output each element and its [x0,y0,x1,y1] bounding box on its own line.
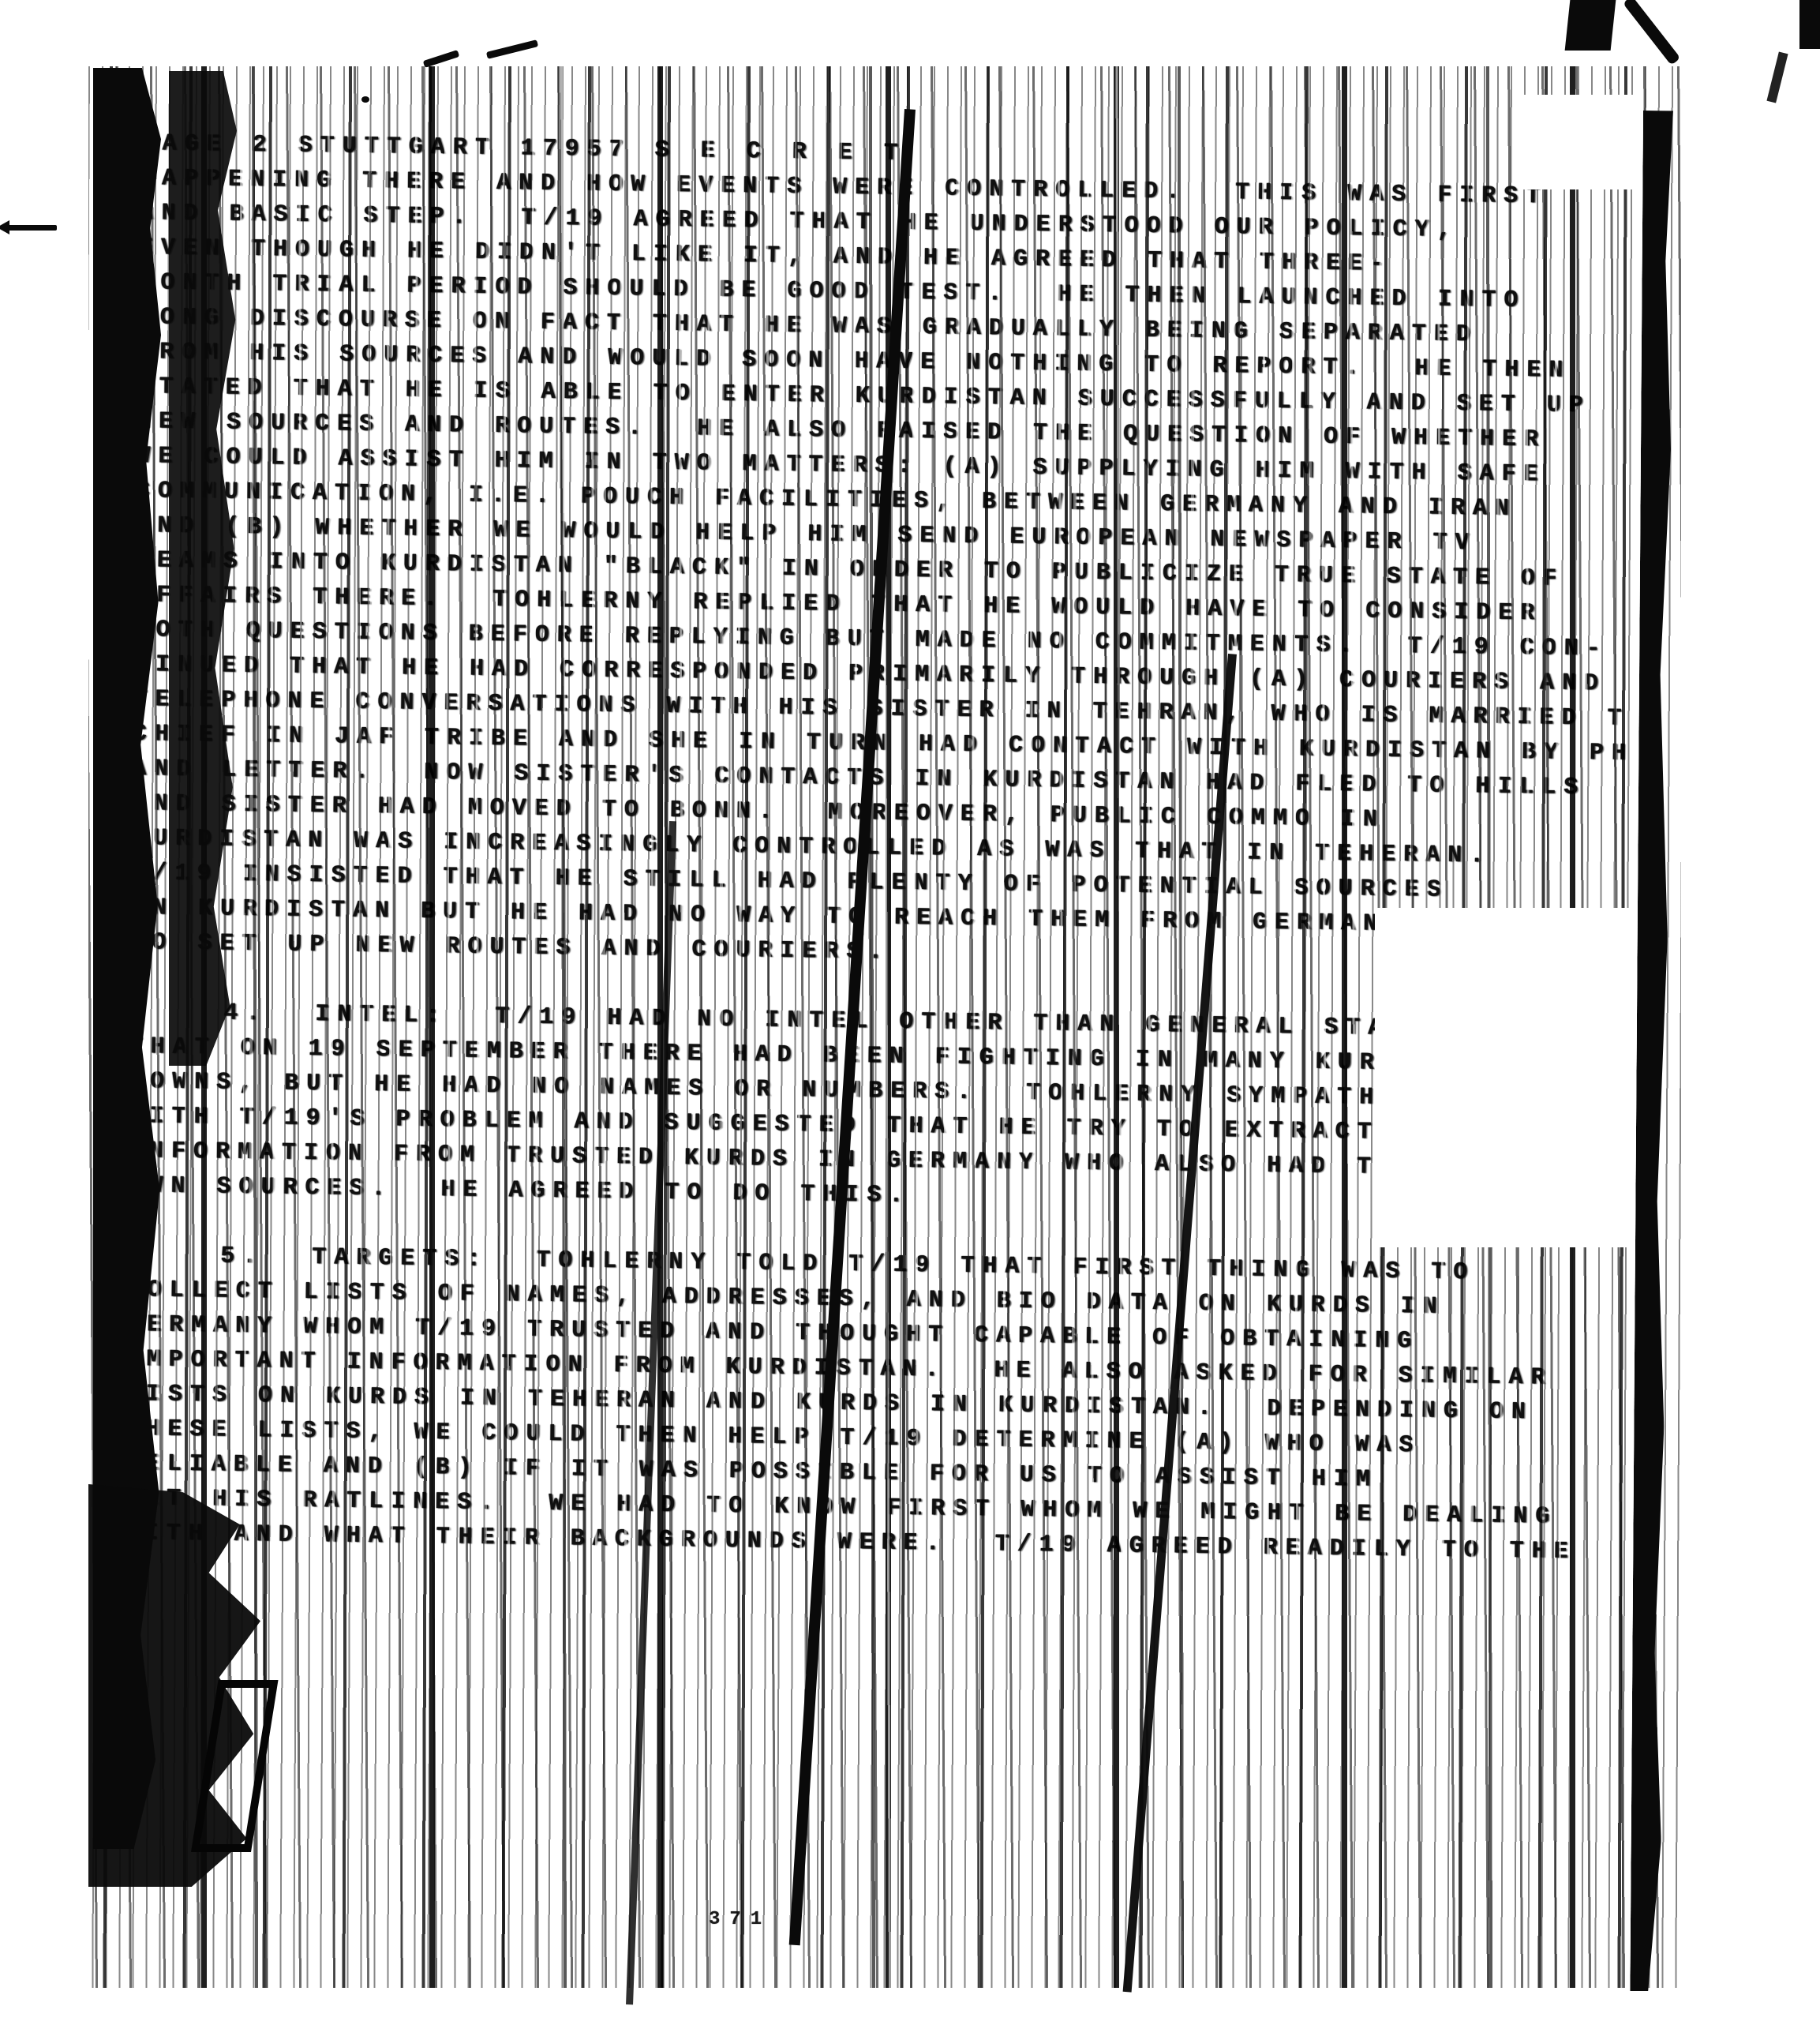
margin-arrow-icon [8,225,57,231]
paragraph: 4. INTEL: T/19 HAD NO INTEL OTHER THAN G… [126,995,1699,1224]
paragraph: HAPPENING THERE AND HOW EVENTS WERE CONT… [129,161,1710,981]
corner-edge-mark [1799,0,1820,49]
scanned-document-page: { "page": { "header": { "text": "PAGE 2 … [0,0,1820,2021]
page-number: 371 [709,1909,771,1930]
corner-ink-slash [1623,0,1680,66]
document-text: PAGE 2 STUTTGART 17957 S E C R E T HAPPE… [122,126,1710,1571]
corner-tick-mark [1766,51,1788,103]
pen-check-mark [423,50,460,68]
stamp-outline-shape [191,1680,279,1852]
corner-ink-bar [1565,0,1616,51]
paragraph: 5. TARGETS: TOHLERNY TOLD T/19 THAT FIRS… [122,1238,1696,1571]
pen-dot-mark [361,96,369,103]
pen-check-mark [486,39,538,59]
